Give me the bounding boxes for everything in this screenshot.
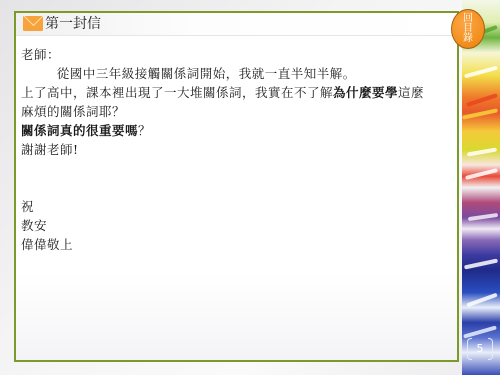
toc-label-char: 錄 bbox=[452, 34, 484, 44]
paint-streak bbox=[464, 66, 498, 79]
text-segment: 上了高中，課本裡出現了一大堆關係詞，我實在不了解 bbox=[21, 85, 333, 100]
paint-streak bbox=[462, 108, 498, 119]
paint-streak bbox=[468, 213, 498, 221]
page-number: 5 bbox=[467, 338, 493, 360]
letter-line: 謝謝老師! bbox=[21, 140, 456, 159]
paint-streak bbox=[463, 325, 497, 338]
panel-header: 第一封信 bbox=[16, 13, 457, 36]
paint-streak bbox=[465, 168, 498, 180]
slide: 第一封信 老師： 從國中三年級接觸關係詞開始，我就一直半知半解。 上了高中，課本… bbox=[0, 0, 500, 375]
letter-line: 關係詞真的很重要嗎？ bbox=[21, 121, 456, 140]
back-to-contents-button[interactable]: 回 目 錄 bbox=[451, 9, 485, 49]
decorative-paint-strip bbox=[462, 0, 500, 375]
paint-streak bbox=[466, 293, 497, 308]
letter-body: 老師： 從國中三年級接觸關係詞開始，我就一直半知半解。 上了高中，課本裡出現了一… bbox=[21, 45, 456, 254]
letter-line: 麻煩的關係詞耶？ bbox=[21, 102, 456, 121]
letter-closing: 教安 bbox=[21, 216, 456, 235]
paint-streak bbox=[464, 259, 498, 270]
envelope-icon bbox=[23, 16, 43, 31]
letter-signature: 偉偉敬上 bbox=[21, 235, 456, 254]
paint-streak bbox=[466, 93, 498, 107]
text-segment: ？ bbox=[138, 123, 151, 138]
letter-line: 從國中三年級接觸關係詞開始，我就一直半知半解。 bbox=[21, 64, 456, 83]
emphasized-text: 為什麼要學 bbox=[333, 85, 398, 100]
text-segment: 這麼 bbox=[398, 85, 424, 100]
letter-line: 上了高中，課本裡出現了一大堆關係詞，我實在不了解為什麼要學這麼 bbox=[21, 83, 456, 102]
paint-streak bbox=[467, 147, 497, 156]
emphasized-text: 關係詞真的很重要嗎 bbox=[21, 123, 138, 138]
spacer bbox=[21, 159, 456, 197]
letter-panel: 第一封信 老師： 從國中三年級接觸關係詞開始，我就一直半知半解。 上了高中，課本… bbox=[14, 11, 459, 362]
letter-salutation: 老師： bbox=[21, 45, 456, 64]
letter-title: 第一封信 bbox=[45, 14, 101, 34]
letter-closing: 祝 bbox=[21, 197, 456, 216]
